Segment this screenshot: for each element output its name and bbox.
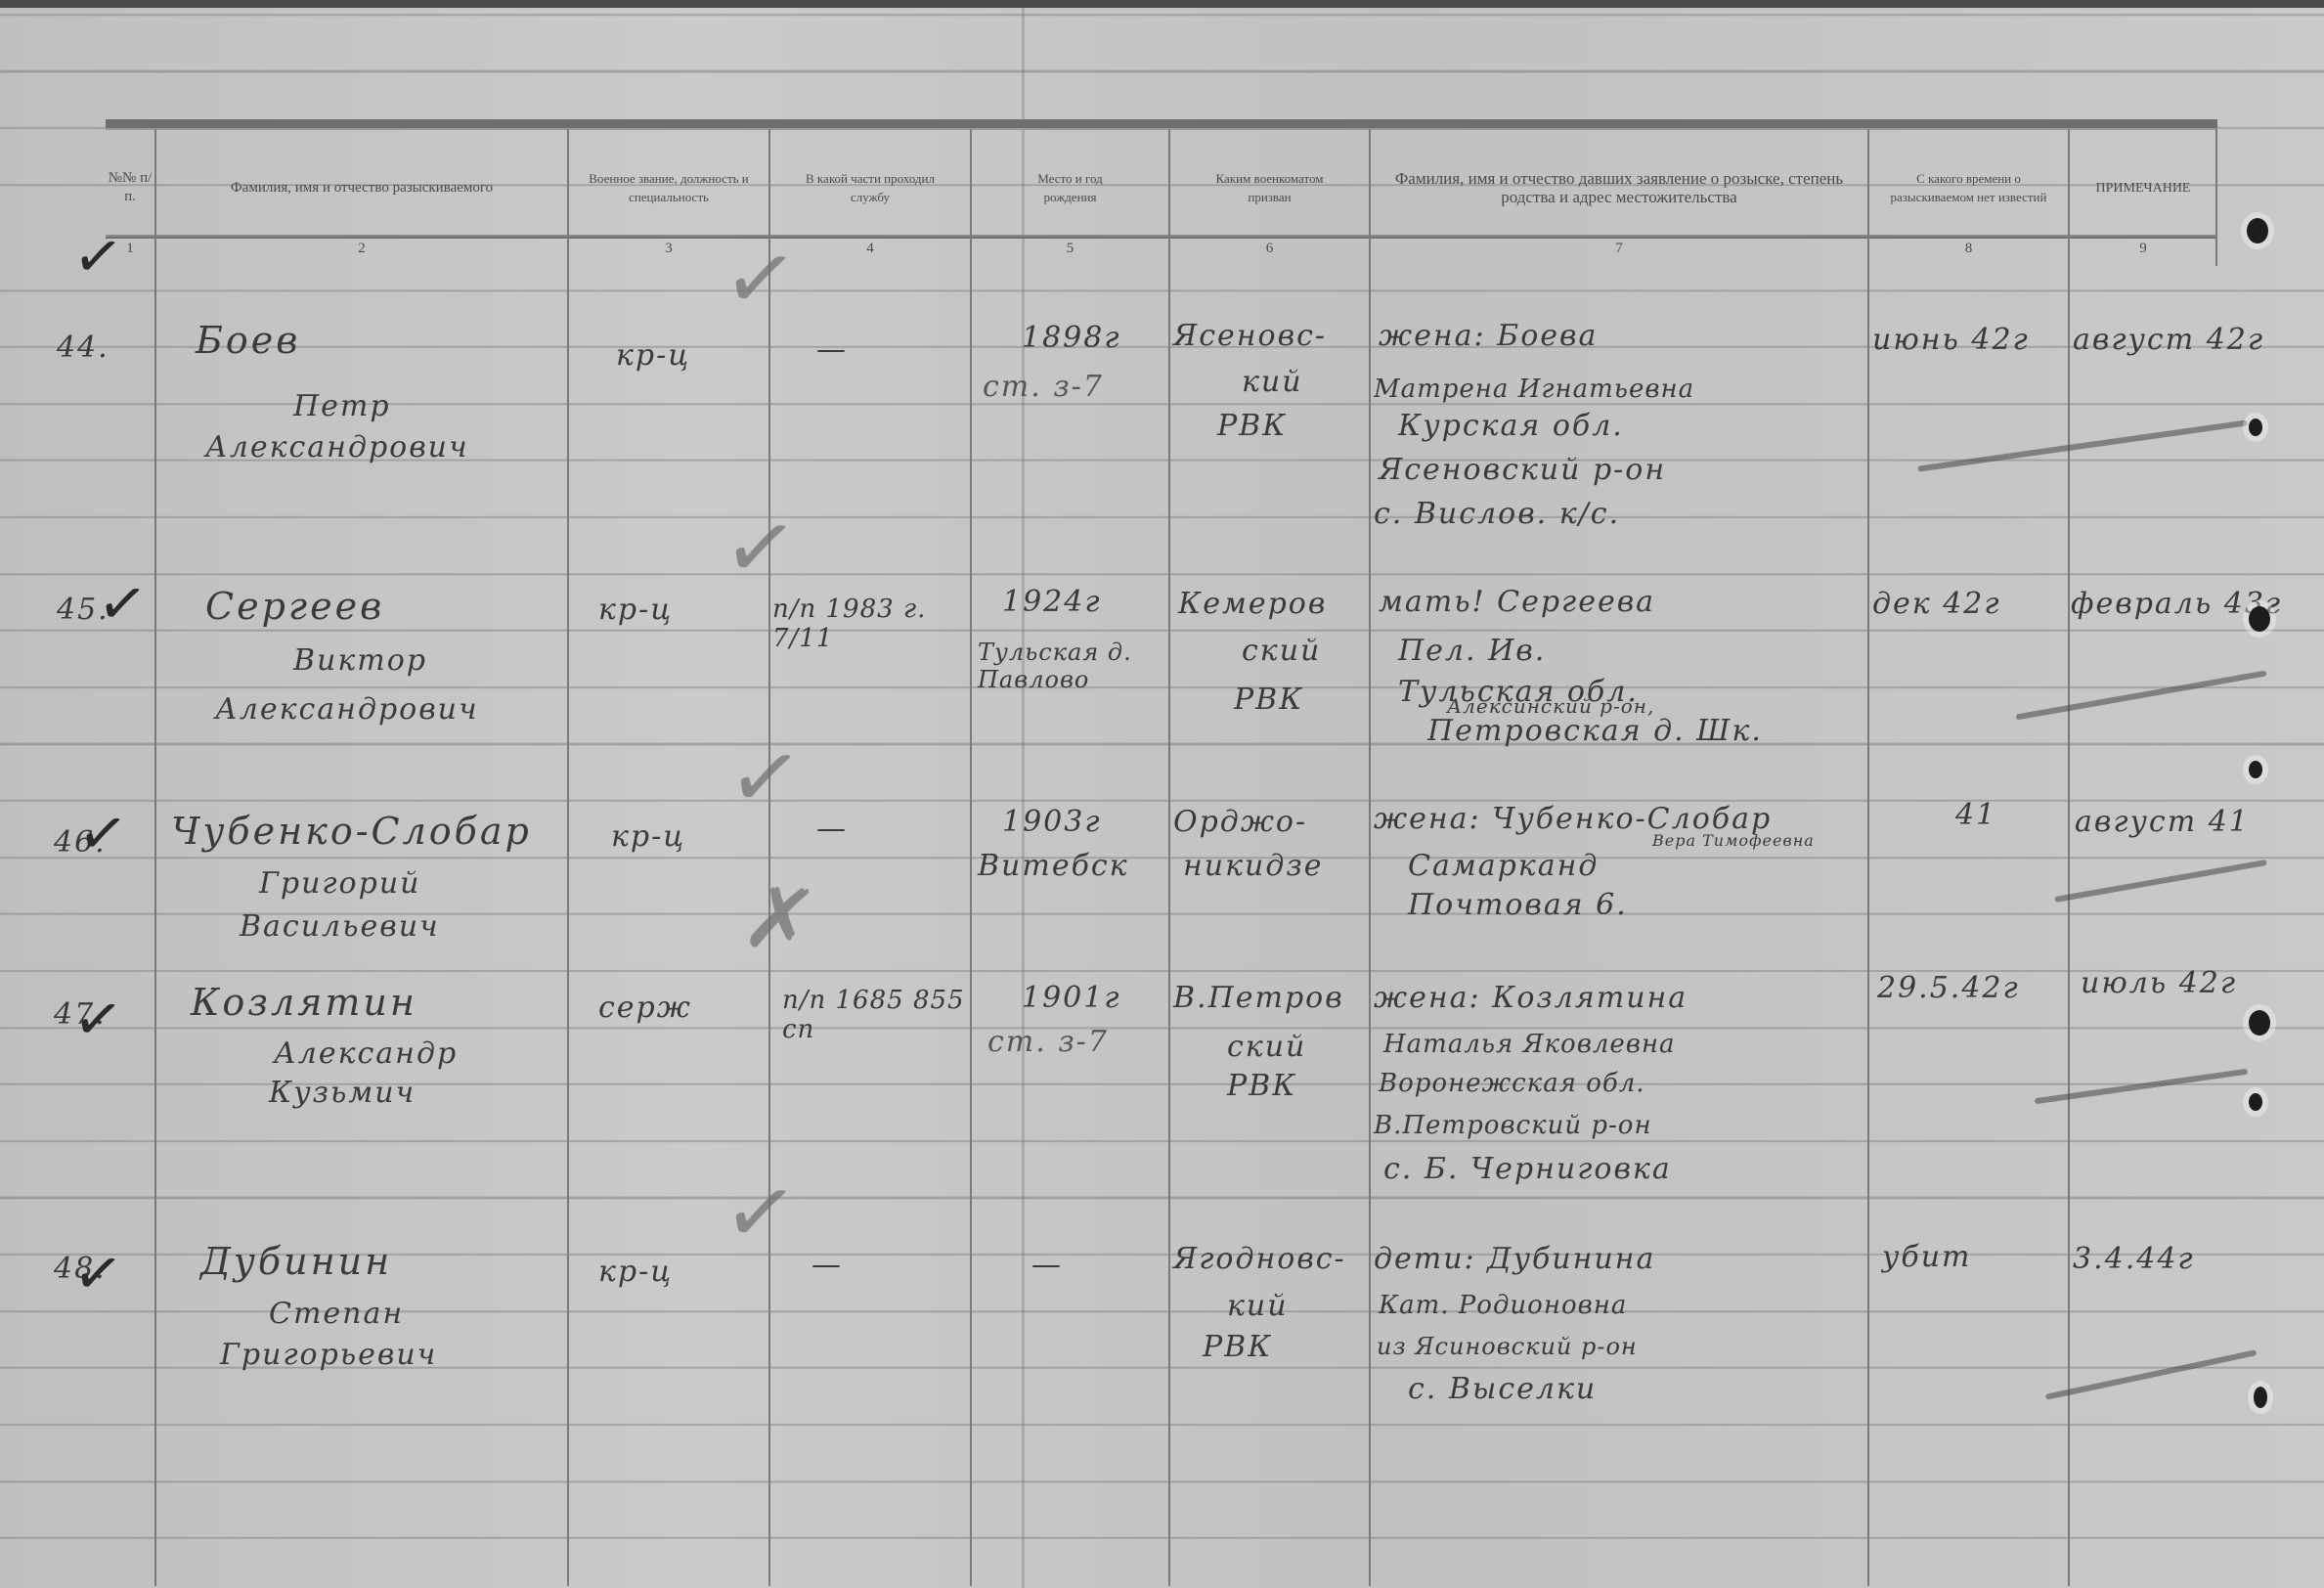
- no-news-since: дек 42г: [1872, 587, 2001, 621]
- col-divider: [1867, 129, 1869, 1586]
- note: август 42г: [2073, 323, 2264, 357]
- col-divider: [1369, 129, 1371, 1586]
- col-divider: [1168, 129, 1170, 1586]
- commissariat: ский: [1227, 1030, 1306, 1064]
- no-news-since: убит: [1882, 1240, 1971, 1274]
- rank: кр-ц: [611, 819, 685, 854]
- header-col-8: С какого времени о разыскиваемом нет изв…: [1869, 143, 2068, 233]
- check-mark-icon: ✓: [68, 983, 127, 1057]
- birth-place: ст. з-7: [983, 370, 1104, 404]
- surname: Дубинин: [200, 1240, 392, 1283]
- applicant-line: мать! Сергеева: [1379, 585, 1655, 619]
- applicant-line: Почтовая 6.: [1408, 888, 1628, 922]
- given-name: Степан: [269, 1297, 404, 1331]
- pencil-stroke: [2054, 860, 2267, 903]
- punch-hole: [2247, 218, 2268, 243]
- commissariat: РВК: [1217, 409, 1287, 443]
- commissariat: Ясеновс-: [1173, 319, 1327, 353]
- col-divider: [768, 129, 770, 1586]
- check-mark-icon: ✓: [93, 567, 152, 641]
- commissariat: ский: [1242, 634, 1321, 668]
- patronymic: Кузьмич: [269, 1076, 416, 1110]
- commissariat: Орджо-: [1173, 805, 1307, 839]
- unit: п/п 1983 г. 7/11: [772, 595, 968, 653]
- check-mark-icon: ✓: [73, 797, 132, 871]
- header-col-9: ПРИМЕЧАНИЕ: [2070, 143, 2216, 233]
- no-news-since: 29.5.42г: [1877, 971, 2020, 1005]
- given-name: Александр: [274, 1037, 458, 1071]
- pencil-stroke: [2015, 670, 2266, 720]
- col-number: 5: [972, 235, 1168, 260]
- applicant-line: Петровская д. Шк.: [1427, 714, 1763, 748]
- check-mark-icon: ✓: [722, 722, 809, 833]
- header-col-7: Фамилия, имя и отчество давших заявление…: [1371, 143, 1867, 233]
- applicant-line: дети: Дубинина: [1374, 1242, 1655, 1276]
- birth-place: ст. з-7: [987, 1025, 1109, 1059]
- header-col-1: №№ п/п.: [106, 143, 154, 233]
- col-divider: [970, 129, 972, 1586]
- applicant-line: из Ясиновский р-он: [1377, 1333, 1638, 1360]
- birth-year: 1901г: [1022, 981, 1121, 1015]
- check-mark-icon: ✓: [68, 1237, 127, 1311]
- pencil-stroke: [1917, 419, 2248, 471]
- applicant-line: Самарканд: [1408, 849, 1599, 883]
- col-number: 6: [1170, 235, 1369, 260]
- header-col-2: Фамилия, имя и отчество разыскиваемого: [156, 143, 567, 233]
- applicant-line: Ясеновский р-он: [1379, 453, 1666, 487]
- applicant-line: В.Петровский р-он: [1374, 1111, 1652, 1140]
- note: август 41: [2075, 805, 2250, 839]
- applicant-line: Матрена Игнатьевна: [1374, 375, 1694, 404]
- applicant-line: Курская обл.: [1398, 409, 1624, 443]
- applicant-line: с. Выселки: [1408, 1372, 1597, 1406]
- applicant-line: Кат. Родионовна: [1379, 1291, 1627, 1320]
- patronymic: Александрович: [215, 692, 479, 727]
- patronymic: Васильевич: [240, 909, 440, 944]
- birth-place: Витебск: [978, 849, 1129, 883]
- unit: п/п 1685 855 сп: [782, 986, 968, 1044]
- unit: —: [816, 332, 848, 367]
- check-mark-icon: ✓: [717, 492, 804, 603]
- applicant-line: Наталья Яковлевна: [1383, 1030, 1676, 1059]
- commissariat: РВК: [1203, 1330, 1272, 1364]
- note: 3.4.44г: [2073, 1242, 2195, 1276]
- archive-sheet: №№ п/п. Фамилия, имя и отчество разыскив…: [0, 8, 2324, 1588]
- pencil-stroke: [2045, 1349, 2257, 1400]
- commissariat: Ягодновс-: [1173, 1242, 1346, 1276]
- col-number: 8: [1869, 235, 2068, 260]
- applicant-line: с. Вислов. к/с.: [1374, 497, 1620, 531]
- applicant-line: Пел. Ив.: [1398, 634, 1546, 668]
- surname: Козлятин: [191, 981, 417, 1024]
- col-number: 7: [1371, 235, 1867, 260]
- applicant-line: жена: Козлятина: [1374, 981, 1688, 1015]
- given-name: Петр: [293, 389, 391, 423]
- given-name: Виктор: [293, 643, 427, 678]
- commissariat: кий: [1242, 365, 1303, 399]
- commissariat: РВК: [1227, 1069, 1296, 1103]
- col-number: 9: [2070, 235, 2216, 260]
- no-news-since: июнь 42г: [1872, 323, 2030, 357]
- surname: Сергеев: [205, 585, 384, 628]
- commissariat: РВК: [1234, 683, 1303, 717]
- patronymic: Григорьевич: [220, 1338, 437, 1372]
- punch-hole: [2249, 1010, 2270, 1036]
- birth-place: Тульская д. Павлово: [978, 639, 1168, 693]
- birth-year: 1903г: [1002, 805, 1102, 839]
- surname: Чубенко-Слобар: [171, 810, 532, 853]
- check-mark-icon: ✓: [717, 1157, 804, 1268]
- col-divider: [154, 129, 156, 1586]
- punch-hole: [2249, 606, 2270, 632]
- punch-hole: [2249, 419, 2262, 436]
- birth-year: 1898г: [1022, 321, 1121, 355]
- commissariat: В.Петров: [1173, 981, 1344, 1015]
- rank: кр-ц: [598, 593, 673, 627]
- birth-year: —: [1031, 1248, 1063, 1282]
- punch-hole: [2249, 1093, 2262, 1111]
- top-rule: [106, 119, 2217, 130]
- patronymic: Александрович: [205, 430, 469, 464]
- unit: —: [811, 1248, 843, 1282]
- commissariat: никидзе: [1183, 849, 1323, 883]
- surname: Боев: [196, 319, 300, 362]
- check-mark-icon: ✓: [68, 220, 127, 294]
- no-news-since: 41: [1955, 798, 1996, 832]
- given-name: Григорий: [259, 866, 420, 901]
- header-col-4: В какой части проходил службу: [770, 143, 970, 233]
- applicant-line: Вера Тимофеевна: [1652, 831, 1815, 850]
- col-number: 2: [156, 235, 567, 260]
- applicant-line: с. Б. Черниговка: [1383, 1152, 1672, 1186]
- rank: серж: [598, 991, 692, 1025]
- pencil-stroke: [2035, 1069, 2249, 1105]
- check-mark-icon: ✗: [736, 863, 823, 975]
- applicant-line: жена: Боева: [1379, 319, 1598, 353]
- commissariat: кий: [1227, 1289, 1289, 1323]
- header-col-3: Военное звание, должность и специальност…: [569, 143, 768, 233]
- header-col-5: Место и год рождения: [972, 143, 1168, 233]
- row-number: 44.: [57, 331, 110, 365]
- col-divider: [567, 129, 569, 1586]
- rank: кр-ц: [598, 1255, 673, 1289]
- punch-hole: [2254, 1387, 2267, 1408]
- col-divider: [2068, 129, 2070, 1586]
- rank: кр-ц: [616, 338, 690, 373]
- unit: —: [816, 812, 848, 846]
- applicant-line: Воронежская обл.: [1379, 1069, 1645, 1098]
- check-mark-icon: ✓: [717, 223, 804, 334]
- birth-year: 1924г: [1002, 585, 1102, 619]
- header-col-6: Каким военкоматом призван: [1170, 143, 1369, 233]
- note: июль 42г: [2081, 966, 2237, 1000]
- commissariat: Кемеров: [1178, 587, 1327, 621]
- punch-hole: [2249, 761, 2262, 778]
